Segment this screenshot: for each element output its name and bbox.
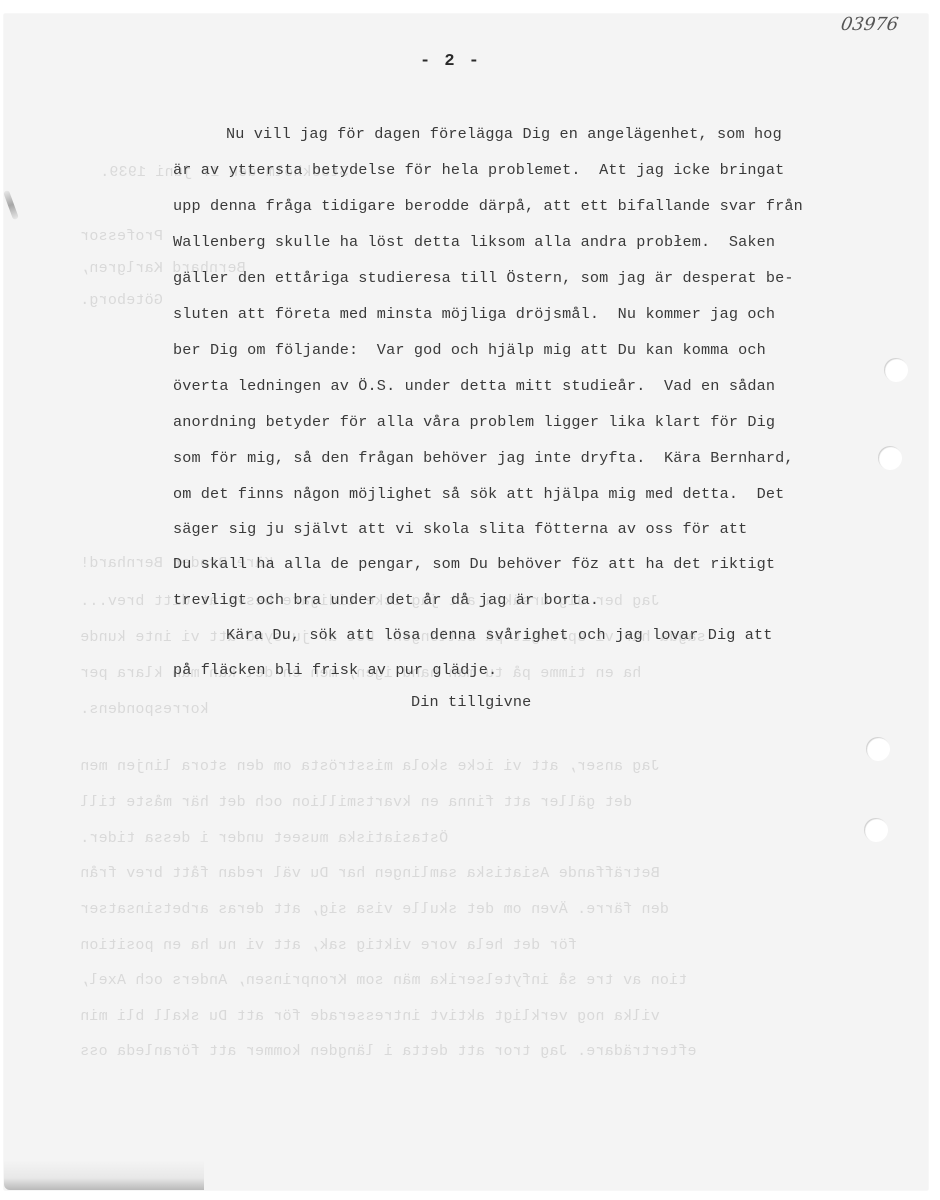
bleed-line: vilka nog verkligt aktivt intresserade f…	[80, 1008, 660, 1025]
text-line: Nu vill jag för dagen förelägga Dig en a…	[226, 124, 782, 144]
bleed-line: Östasiatiska museet under i dessa tider.	[80, 830, 448, 847]
paper-curl-shadow	[4, 1160, 204, 1190]
bleed-line: korrespondens.	[80, 701, 209, 718]
text-line: Du skall ha alla de pengar, som Du behöv…	[173, 554, 775, 574]
bleed-line: tion av tre så infytelserika män som Kro…	[80, 972, 687, 989]
text-line: Wallenberg skulle ha löst detta liksom a…	[173, 232, 775, 252]
text-line: gäller den ettåriga studieresa till Öste…	[173, 268, 794, 288]
letter-closing: Din tillgivne	[411, 693, 531, 711]
bleed-line: Jag anser, att vi icke skola misströsta …	[80, 758, 660, 775]
bleed-line: Beträffande Asiatiska samlingen har Du v…	[80, 865, 660, 882]
text-line: säger sig ju självt att vi skola slita f…	[173, 519, 747, 539]
text-line: som för mig, så den frågan behöver jag i…	[173, 448, 794, 468]
text-line: trevligt och bra under det år då jag är …	[173, 590, 599, 610]
bleed-line: för det hela vore viktig sak, att vi nu …	[80, 937, 577, 954]
scanned-page: Stockholm den 17 juni 1939. Professor Be…	[0, 0, 940, 1200]
bleed-line: efterträdare. Jag tror att detta i längd…	[80, 1043, 697, 1060]
text-line: anordning betyder för alla våra problem …	[173, 412, 775, 432]
text-line: Kära Du, sök att lösa denna svårighet oc…	[226, 625, 773, 645]
text-line: överta ledningen av Ö.S. under detta mit…	[173, 376, 775, 396]
punch-hole	[878, 446, 902, 470]
bleed-line: Göteborg.	[80, 292, 163, 309]
bleed-line: Professor	[80, 228, 163, 245]
page-number: - 2 -	[420, 52, 481, 71]
text-line: upp denna fråga tidigare berodde därpå, …	[173, 196, 803, 216]
bleed-line: den färre. Även om det skulle visa sig, …	[80, 901, 669, 918]
text-line: sluten att företa med minsta möjliga drö…	[173, 304, 775, 324]
text-line: ber Dig om följande: Var god och hjälp m…	[173, 340, 766, 360]
punch-hole	[884, 358, 908, 382]
punch-hole	[866, 737, 890, 761]
archive-number: 03976	[839, 14, 899, 35]
bleed-line: det gäller att finna en kvartsmillion oc…	[80, 794, 632, 811]
punch-hole	[864, 818, 888, 842]
text-line: om det finns någon möjlighet så sök att …	[173, 484, 784, 504]
text-line: är av yttersta betydelse för hela proble…	[173, 160, 784, 180]
text-line: på fläcken bli frisk av pur glädje.	[173, 660, 497, 680]
